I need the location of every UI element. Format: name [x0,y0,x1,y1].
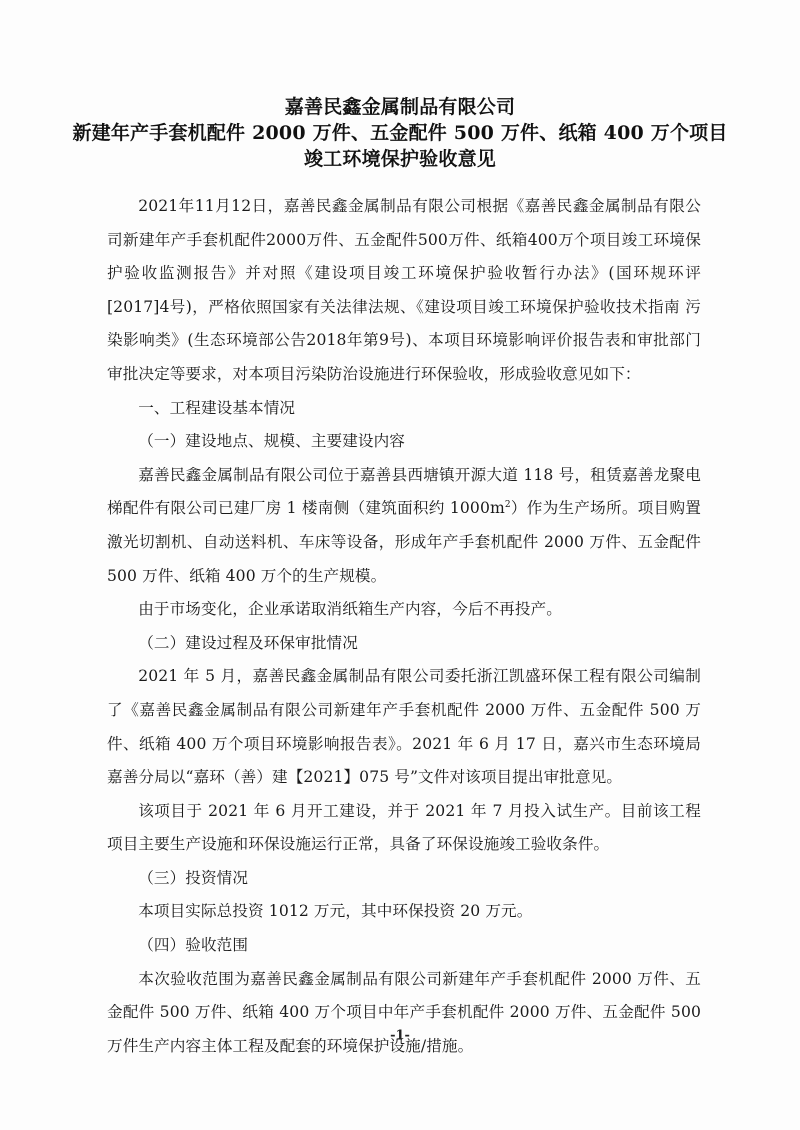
document-page: 嘉善民鑫金属制品有限公司 新建年产手套机配件 2000 万件、五金配件 500 … [0,0,800,1130]
market-change-paragraph: 由于市场变化，企业承诺取消纸箱生产内容，今后不再投产。 [107,593,701,627]
subsection-heading-investment: （三）投资情况 [107,862,701,896]
section-heading-basic-info: 一、工程建设基本情况 [107,392,701,426]
location-scale-paragraph: 嘉善民鑫金属制品有限公司位于嘉善县西塘镇开源大道 118 号，租赁嘉善龙聚电梯配… [107,459,701,593]
title-subject: 竣工环境保护验收意见 [0,146,800,172]
construction-paragraph: 该项目于 2021 年 6 月开工建设，并于 2021 年 7 月投入试生产。目… [107,795,701,862]
intro-paragraph: 2021年11月12日，嘉善民鑫金属制品有限公司根据《嘉善民鑫金属制品有限公司新… [107,190,701,392]
document-title: 嘉善民鑫金属制品有限公司 新建年产手套机配件 2000 万件、五金配件 500 … [0,94,800,172]
title-project: 新建年产手套机配件 2000 万件、五金配件 500 万件、纸箱 400 万个项… [0,120,800,146]
subsection-heading-scope: （四）验收范围 [107,929,701,963]
subsection-heading-location-scale: （一）建设地点、规模、主要建设内容 [107,425,701,459]
scope-paragraph: 本次验收范围为嘉善民鑫金属制品有限公司新建年产手套机配件 2000 万件、五金配… [107,963,701,1064]
subsection-heading-approval: （二）建设过程及环保审批情况 [107,627,701,661]
approval-paragraph: 2021 年 5 月，嘉善民鑫金属制品有限公司委托浙江凯盛环保工程有限公司编制了… [107,660,701,794]
document-body: 2021年11月12日，嘉善民鑫金属制品有限公司根据《嘉善民鑫金属制品有限公司新… [107,190,701,1063]
page-number: -1- [0,1028,800,1043]
investment-paragraph: 本项目实际总投资 1012 万元，其中环保投资 20 万元。 [107,895,701,929]
title-company: 嘉善民鑫金属制品有限公司 [0,94,800,120]
